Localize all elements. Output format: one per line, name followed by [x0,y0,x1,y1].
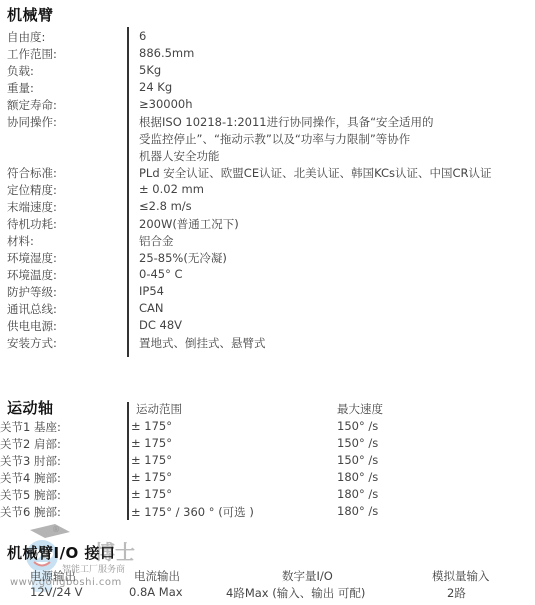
joint-range: ± 175° [131,487,172,501]
spec-value: 铝合金 [139,233,174,249]
joint-speed: 180° /s [337,487,378,501]
spec-value: 0-45° C [139,267,183,281]
joint-speed: 180° /s [337,504,378,518]
spec-label: 符合标准: [7,165,57,181]
spec-label: 重量: [7,80,34,96]
joint-speed: 150° /s [337,419,378,433]
spec-label: 额定寿命: [7,97,57,113]
spec-label: 通讯总线: [7,301,57,317]
spec-value: 886.5mm [139,46,194,60]
spec-label: 安装方式: [7,335,57,351]
spec-value: 200W(普通工况下) [139,216,239,232]
spec-value: ≥30000h [139,97,193,111]
spec-value: PLd 安全认证、欧盟CE认证、北美认证、韩国KCs认证、中国CR认证 [139,165,492,181]
spec-value: 25-85%(无冷凝) [139,250,227,266]
section-title-arm: 机械臂 [7,4,54,25]
joint-range: ± 175° / 360 ° (可选 ) [131,504,254,520]
spec-value: 5Kg [139,63,161,77]
io-value-current: 0.8A Max [129,585,183,599]
spec-label: 环境温度: [7,267,57,283]
joint-speed: 150° /s [337,436,378,450]
spec-label: 防护等级: [7,284,57,300]
io-header-current: 电流输出 [134,568,180,584]
joint-range: ± 175° [131,419,172,433]
io-value-power: 12V/24 V [30,585,83,599]
spec-label: 自由度: [7,29,45,45]
watermark-registered: ® [52,525,60,534]
io-value-analog: 2路 [447,585,466,601]
joint-label: 关节3 肘部: [0,453,61,469]
spec-label: 供电电源: [7,318,57,334]
io-header-digital: 数字量I/O [282,568,333,584]
spec-value: ≤2.8 m/s [139,199,192,213]
joint-label: 关节4 腕部: [0,470,61,486]
spec-value: 根据ISO 10218-1:2011进行协同操作，具备“安全适用的 [139,114,434,130]
spec-label: 末端速度: [7,199,57,215]
spec-label: 协同操作: [7,114,57,130]
spec-value: IP54 [139,284,164,298]
joint-range: ± 175° [131,470,172,484]
spec-value: CAN [139,301,164,315]
joint-label: 关节2 肩部: [0,436,61,452]
header-speed: 最大速度 [337,401,383,417]
spec-value: 机器人安全功能 [139,148,220,164]
io-header-analog: 模拟量输入 [432,568,490,584]
spec-value: 24 Kg [139,80,172,94]
joint-range: ± 175° [131,436,172,450]
spec-value: 6 [139,29,146,43]
header-range: 运动范围 [136,401,182,417]
section-title-axes: 运动轴 [7,397,54,418]
spec-label: 负载: [7,63,34,79]
joint-label: 关节5 腕部: [0,487,61,503]
divider-arm [127,27,129,357]
joint-label: 关节6 腕部: [0,504,61,520]
spec-value: 受监控停止”、“拖动示教”以及“功率与力限制”等协作 [139,131,410,147]
spec-label: 待机功耗: [7,216,57,232]
section-title-io: 机械臂I/O 接口 [7,542,116,563]
joint-label: 关节1 基座: [0,419,61,435]
io-value-digital: 4路Max (输入、输出 可配) [226,585,365,601]
joint-speed: 180° /s [337,470,378,484]
spec-label: 工作范围: [7,46,57,62]
joint-range: ± 175° [131,453,172,467]
spec-value: ± 0.02 mm [139,182,204,196]
spec-value: DC 48V [139,318,182,332]
spec-label: 材料: [7,233,34,249]
spec-label: 定位精度: [7,182,57,198]
divider-axes [127,402,129,520]
spec-label: 环境湿度: [7,250,57,266]
joint-speed: 150° /s [337,453,378,467]
spec-value: 置地式、倒挂式、悬臂式 [139,335,266,351]
io-header-power: 电源输出 [30,568,76,584]
